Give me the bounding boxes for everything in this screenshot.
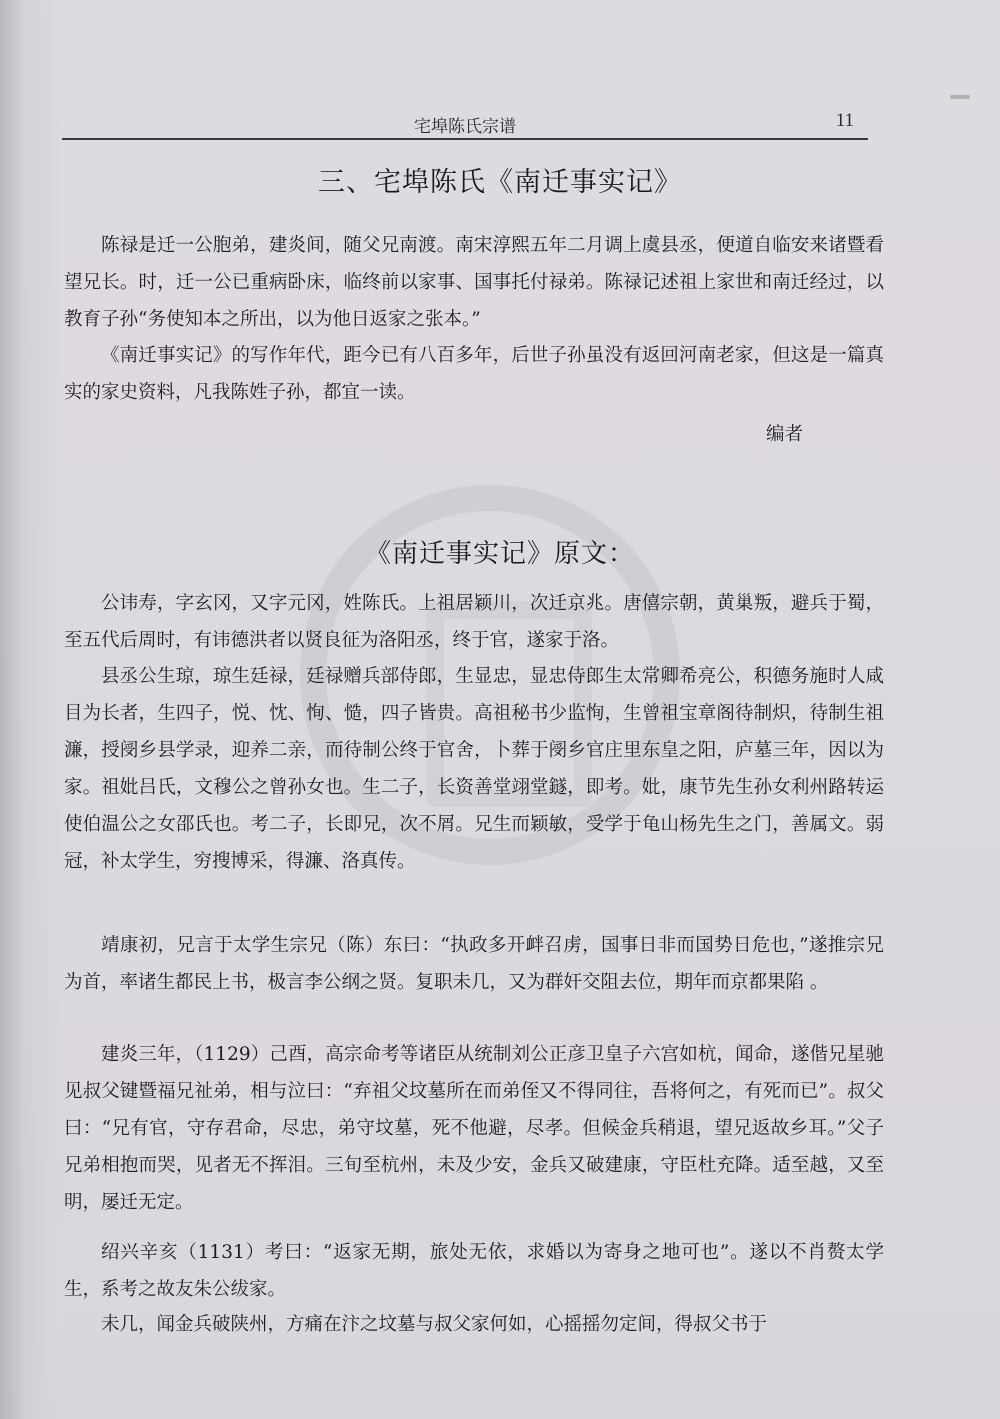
- running-header: 宅埠陈氏宗谱 11: [62, 108, 868, 140]
- original-paragraph: 绍兴辛亥（1131）考曰：“返家无期，旅处无依，求婚以为寄身之地可也”。遂以不肖…: [64, 1234, 884, 1308]
- original-paragraph: 公讳寿，字玄冈，又字元冈，姓陈氏。上祖居颖川，次迁京兆。唐僖宗朝，黄巢叛，避兵于…: [64, 585, 884, 659]
- original-text-title: 《南迁事实记》原文：: [0, 533, 1000, 570]
- original-paragraph: 未几，闻金兵破陕州，方痛在汴之坟墓与叔父家何如，心摇摇勿定间，得叔父书于: [64, 1306, 884, 1343]
- original-paragraph: 建炎三年，（1129）己酉，高宗命考等诸臣从统制刘公正彦卫皇子六宫如杭，闻命，遂…: [64, 1036, 884, 1221]
- intro-paragraph: 《南迁事实记》的写作年代，距今已有八百多年，后世子孙虽没有返回河南老家，但这是一…: [64, 337, 884, 411]
- section-title: 三、宅埠陈氏《南迁事实记》: [0, 160, 1000, 199]
- running-title: 宅埠陈氏宗谱: [62, 112, 868, 137]
- editor-signature: 编者: [766, 420, 803, 446]
- page-number: 11: [836, 110, 854, 132]
- original-paragraph: 靖康初，兄言于太学生宗兄（陈）东曰：“执政多开衅召虏，国事日非而国势日危也，”遂…: [64, 927, 884, 1001]
- original-paragraph: 县丞公生琼，琼生廷禄，廷禄赠兵部侍郎，生显忠，显忠侍郎生太常卿希亮公，积德务施时…: [64, 658, 884, 880]
- intro-paragraph: 陈禄是迁一公胞弟，建炎间，随父兄南渡。南宋淳熙五年二月调上虞县丞，便道自临安来诸…: [64, 227, 884, 338]
- paper-mark: [950, 95, 970, 99]
- document-page: 宅埠陈氏宗谱 11 三、宅埠陈氏《南迁事实记》 陈禄是迁一公胞弟，建炎间，随父兄…: [0, 0, 1000, 1419]
